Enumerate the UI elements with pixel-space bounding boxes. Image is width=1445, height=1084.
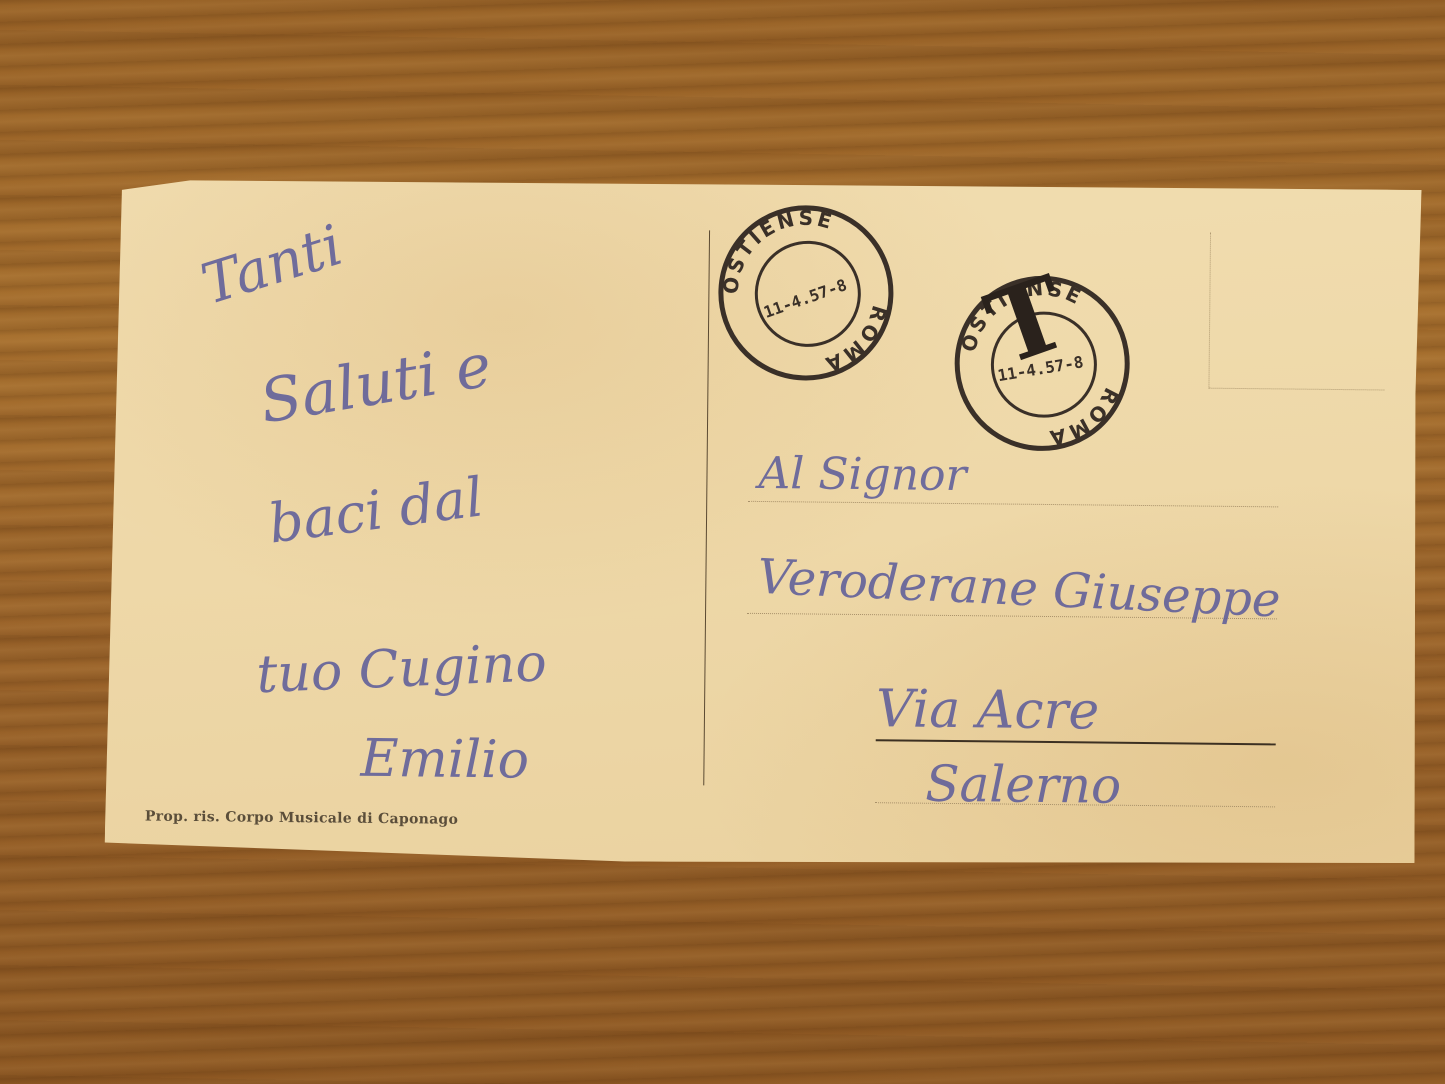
message-line: Tanti <box>194 213 350 318</box>
stamp-area-outline <box>1208 233 1386 391</box>
message-line: tuo Cugino <box>255 633 547 705</box>
address-city: Salerno <box>925 755 1121 815</box>
address-line <box>748 501 1278 508</box>
postcard: Tanti Saluti e baci dal tuo Cugino Emili… <box>104 176 1421 870</box>
card-divider-line <box>703 230 710 785</box>
publisher-imprint: Prop. ris. Corpo Musicale di Caponago <box>145 809 458 828</box>
message-line: baci dal <box>265 465 487 555</box>
message-line: Saluti e <box>255 330 496 437</box>
postmark-stamp: ROMA OSTIENSE 11-4.57-8 <box>694 181 917 404</box>
message-line: Emilio <box>360 729 529 791</box>
address-street: Via Acre <box>876 679 1100 741</box>
address-name: Veroderane Giuseppe <box>756 549 1281 629</box>
address-salutation: Al Signor <box>758 448 967 501</box>
